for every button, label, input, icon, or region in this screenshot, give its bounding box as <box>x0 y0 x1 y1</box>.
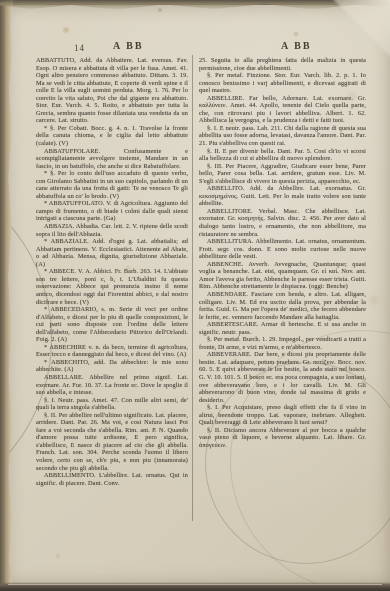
entry-paragraph: §. I. Per Acquistare, preso dagli effett… <box>199 404 366 427</box>
entry-paragraph: §. Per metaf. Finzione. Stor. Eur. Varch… <box>199 72 366 95</box>
entry-paragraph: §. II. E per divenir bella. Dant. Par. 5… <box>199 148 366 163</box>
entry-paragraph: ABBELLIMENTO. L'abbellire. Lat. ornatus.… <box>36 472 188 487</box>
entry-paragraph: ABBENCHE. Avverb. Avvegnache, Quantunque… <box>199 261 366 291</box>
entry-paragraph: §. I. E neutr. pass. Lab. 211. Chi dalla… <box>199 125 366 148</box>
entry-paragraph: ABBEVERARE. Dar bere, e dicesi piu propr… <box>199 351 366 404</box>
entry-paragraph: * ABBAZIALE. Add. d'ogni g. Lat. abbatia… <box>36 238 188 268</box>
entry-paragraph: * ABBATUFFOLATO. V. di Agricoltura. Aggi… <box>36 200 188 223</box>
entry-paragraph: * ABBECEDARIO, s. m. Serie di voci per o… <box>36 306 188 344</box>
entry-paragraph: * ABBECHIRE v. n. da beco, termine di ag… <box>36 344 188 359</box>
running-head-left: A BB <box>113 41 144 52</box>
entry-paragraph: ABBELLITORE. Verbal. Masc. Che abbellisc… <box>199 208 366 238</box>
scanned-book-page: 14 A BB A BB ABBATTUTO, Add. da Abbatter… <box>0 0 390 591</box>
entry-paragraph: §. Per metaf. Burch. 1. 29. Impegol., pe… <box>199 336 366 351</box>
page-number: 14 <box>74 43 85 53</box>
entry-paragraph: ABBATUFFOLARE. Confusamente e scompiglia… <box>36 148 188 171</box>
entry-paragraph: * §. Per Cobatt. Bocc. g. 4. n. 1. Travo… <box>36 125 188 148</box>
book-bottom-edge <box>0 582 390 591</box>
book-bottom-edge-highlight <box>8 584 382 585</box>
entry-paragraph: ABBENDARE. Fasciare con benda, e altro. … <box>199 291 366 321</box>
fold-crease-top-right <box>320 0 390 70</box>
entry-paragraph: * §. Per lo conto dell'uso accaduto di q… <box>36 170 188 200</box>
entry-paragraph: ABBELLIRE. Far bello, Adornare. Lat. exo… <box>199 95 366 125</box>
entry-paragraph: * ABBECHITO, add. Da abbechire: le mie s… <box>36 359 188 374</box>
entry-paragraph: ABBELLITO. Add. da Abbellire. Lat. exorn… <box>199 185 366 208</box>
entry-paragraph: ABBAZIA. Abbadia. Car. lett. 2. V. ripie… <box>36 223 188 238</box>
text-column-left: ABBATTUTO, Add. da Abbattere. Lat. evers… <box>36 57 188 521</box>
column-divider-rule <box>192 55 193 521</box>
entry-paragraph: ABBATTUTO, Add. da Abbattere. Lat. evers… <box>36 57 188 125</box>
entry-paragraph: ABBELLITURA. Abbellimento. Lat. ornatus,… <box>199 238 366 261</box>
entry-paragraph: ABBERTESCARE. Armar di bertesche. E si u… <box>199 321 366 336</box>
text-column-right: 25. Seguita io alla preghiera fatta dell… <box>199 57 366 523</box>
entry-paragraph: ABBELLARE. Abbellire nel primo signif. L… <box>36 374 188 397</box>
entry-paragraph: §. I. Neutr. pass. Amet. 47. Con mille a… <box>36 397 188 412</box>
entry-paragraph: §. II. Diciamo ancora Abbeverare al por … <box>199 427 366 450</box>
entry-paragraph: * ABBECE. V. A. Abbici. Fr. Barb. 263. 1… <box>36 268 188 306</box>
running-head-right: A BB <box>281 41 312 52</box>
entry-paragraph: §. II. Per abbellire nell'ultimo signifi… <box>36 412 188 472</box>
entry-paragraph: §. III. Per Piacere, Aggradire, Giudicar… <box>199 163 366 186</box>
